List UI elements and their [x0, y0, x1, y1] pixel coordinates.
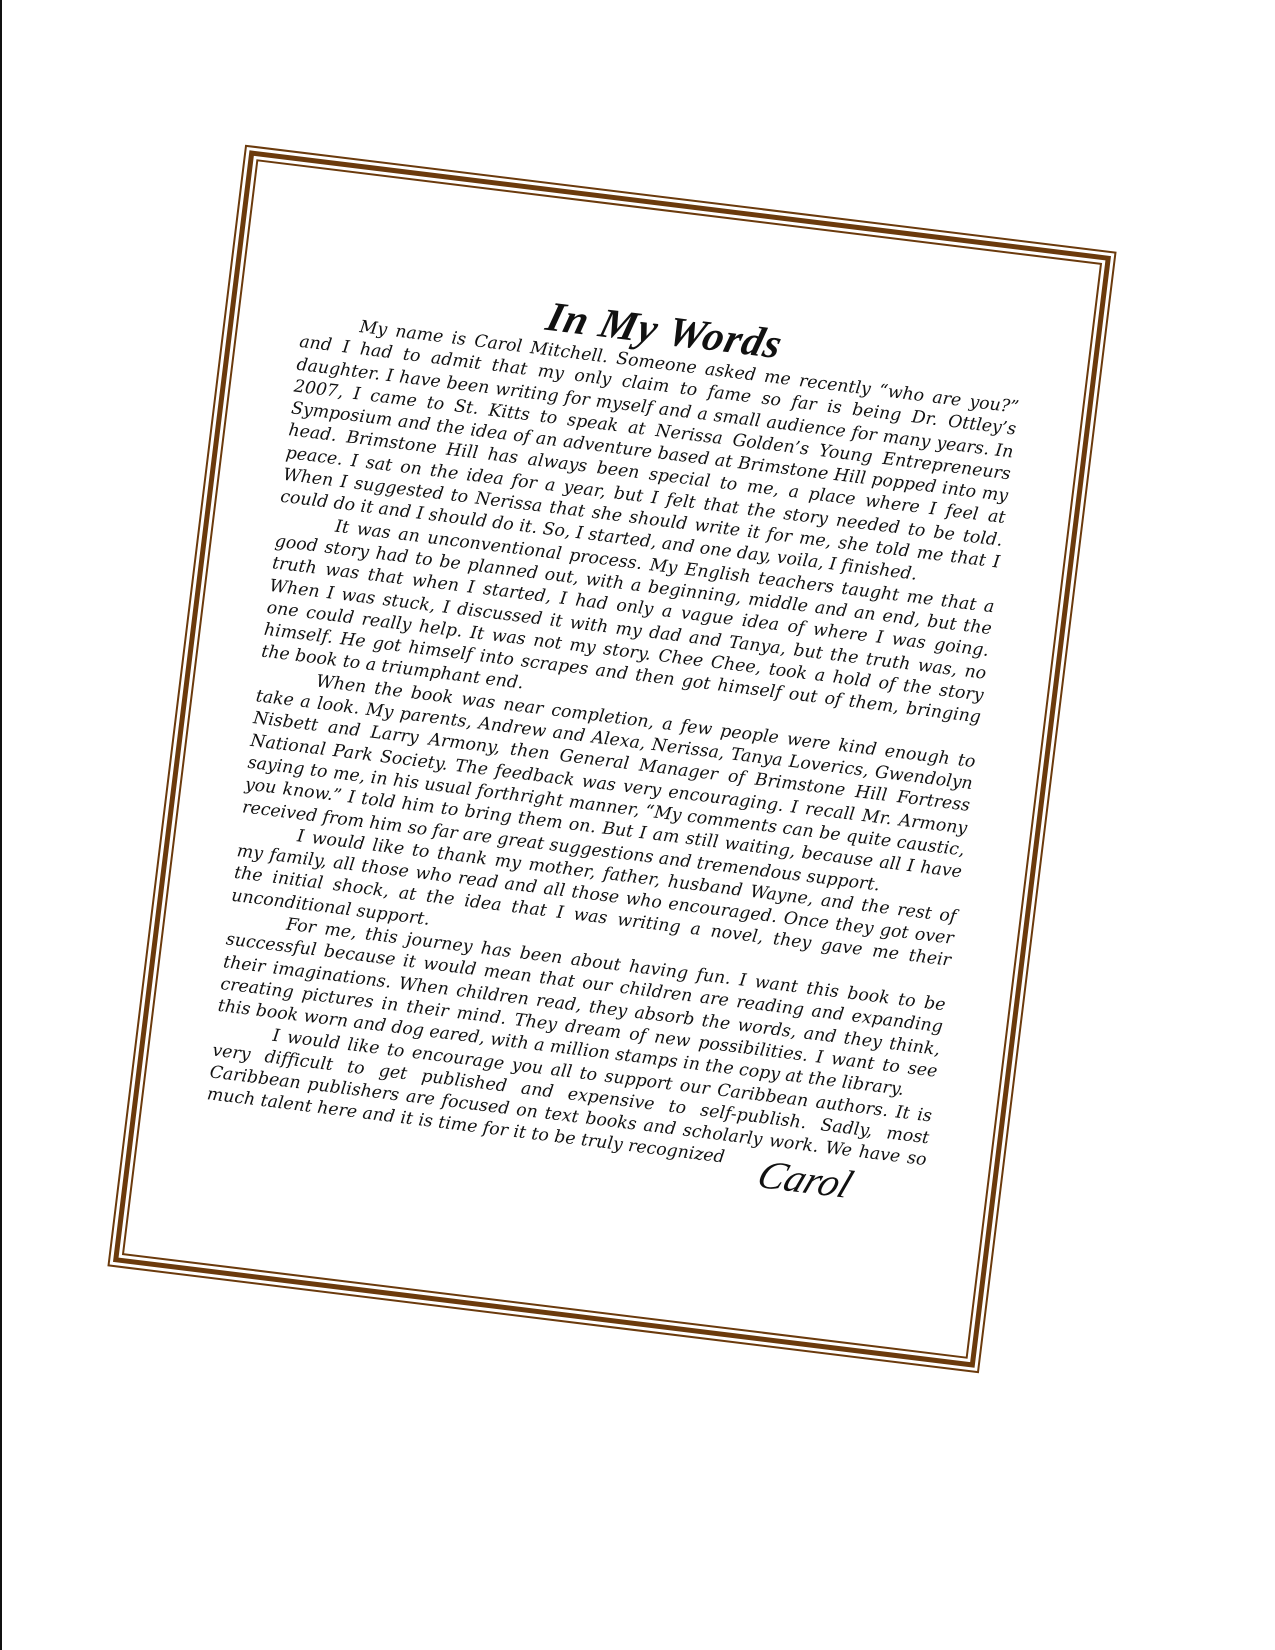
framed-letter: In My Words My name is Carol Mitchell. S…: [107, 145, 1116, 1374]
letter-content: In My Words My name is Carol Mitchell. S…: [206, 265, 1026, 1193]
page-left-edge: [0, 0, 2, 1650]
